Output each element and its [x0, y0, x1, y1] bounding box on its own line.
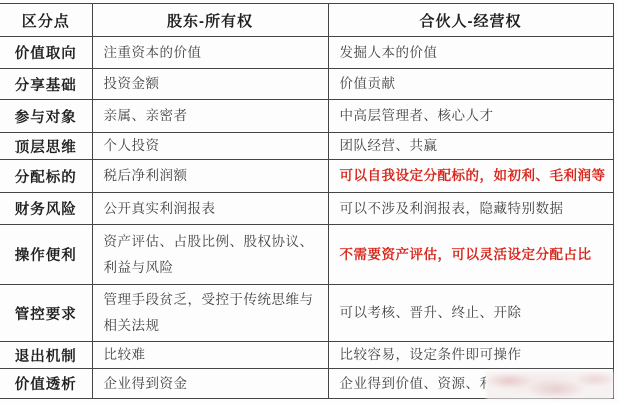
partner-cell: 可以考核、晋升、终止、开除: [328, 285, 613, 342]
row-label: 操作便利: [0, 225, 92, 285]
shareholder-cell: 税后净利润额: [92, 160, 328, 193]
shareholder-cell: 亲属、亲密者: [92, 100, 328, 133]
table-row: 价值取向 注重资本的价值 发掘人本的价值: [0, 37, 613, 69]
header-row: 区分点 股东-所有权 合伙人-经营权: [0, 4, 613, 37]
partial-character: 利: [480, 371, 486, 397]
table-row: 分享基础 投资金额 价值贡献: [0, 69, 613, 100]
shareholder-cell: 注重资本的价值: [92, 37, 328, 69]
row-label: 分配标的: [0, 160, 92, 193]
shareholder-cell: 企业得到资金: [92, 369, 328, 399]
shareholder-cell: 投资金额: [92, 69, 328, 100]
row-label: 价值透析: [0, 369, 92, 399]
shareholder-cell: 个人投资: [92, 133, 328, 160]
col-header-distinction: 区分点: [0, 4, 92, 37]
table-row: 参与对象 亲属、亲密者 中高层管理者、核心人才: [0, 100, 613, 133]
col-header-partner-operating-rights: 合伙人-经营权: [328, 4, 613, 37]
row-label: 财务风险: [0, 193, 92, 225]
row-label: 价值取向: [0, 37, 92, 69]
comparison-table: 区分点 股东-所有权 合伙人-经营权 价值取向 注重资本的价值 发掘人本的价值 …: [0, 3, 614, 399]
shareholder-cell: 比较难: [92, 342, 328, 369]
partner-cell-text: 企业得到价值、资源、: [340, 376, 480, 391]
partner-cell: 团队经营、共赢: [328, 133, 613, 160]
partner-cell: 比较容易，设定条件即可操作: [328, 342, 613, 369]
shareholder-cell: 公开真实利润报表: [92, 193, 328, 225]
table-row: 操作便利 资产评估、占股比例、股权协议、利益与风险 不需要资产评估，可以灵活设定…: [0, 225, 613, 285]
blurred-watermark: [486, 371, 613, 399]
partner-cell: 可以不涉及利润报表，隐藏特别数据: [328, 193, 613, 225]
row-label: 退出机制: [0, 342, 92, 369]
row-label: 管控要求: [0, 285, 92, 342]
row-label: 参与对象: [0, 100, 92, 133]
row-label: 顶层思维: [0, 133, 92, 160]
shareholder-cell: 管理手段贫乏，受控于传统思维与相关法规: [92, 285, 328, 342]
partner-cell-emphasis: 不需要资产评估，可以灵活设定分配占比: [328, 225, 613, 285]
table-row: 财务风险 公开真实利润报表 可以不涉及利润报表，隐藏特别数据: [0, 193, 613, 225]
table-row: 分配标的 税后净利润额 可以自我设定分配标的，如初利、毛利润等: [0, 160, 613, 193]
table-row: 顶层思维 个人投资 团队经营、共赢: [0, 133, 613, 160]
shareholder-cell: 资产评估、占股比例、股权协议、利益与风险: [92, 225, 328, 285]
row-label: 分享基础: [0, 69, 92, 100]
partner-cell: 价值贡献: [328, 69, 613, 100]
partner-cell-emphasis: 可以自我设定分配标的，如初利、毛利润等: [328, 160, 613, 193]
document-page: 区分点 股东-所有权 合伙人-经营权 价值取向 注重资本的价值 发掘人本的价值 …: [0, 0, 619, 404]
col-header-shareholder-ownership: 股东-所有权: [92, 4, 328, 37]
partner-cell: 中高层管理者、核心人才: [328, 100, 613, 133]
partner-cell: 发掘人本的价值: [328, 37, 613, 69]
table-row: 管控要求 管理手段贫乏，受控于传统思维与相关法规 可以考核、晋升、终止、开除: [0, 285, 613, 342]
table-row: 退出机制 比较难 比较容易，设定条件即可操作: [0, 342, 613, 369]
